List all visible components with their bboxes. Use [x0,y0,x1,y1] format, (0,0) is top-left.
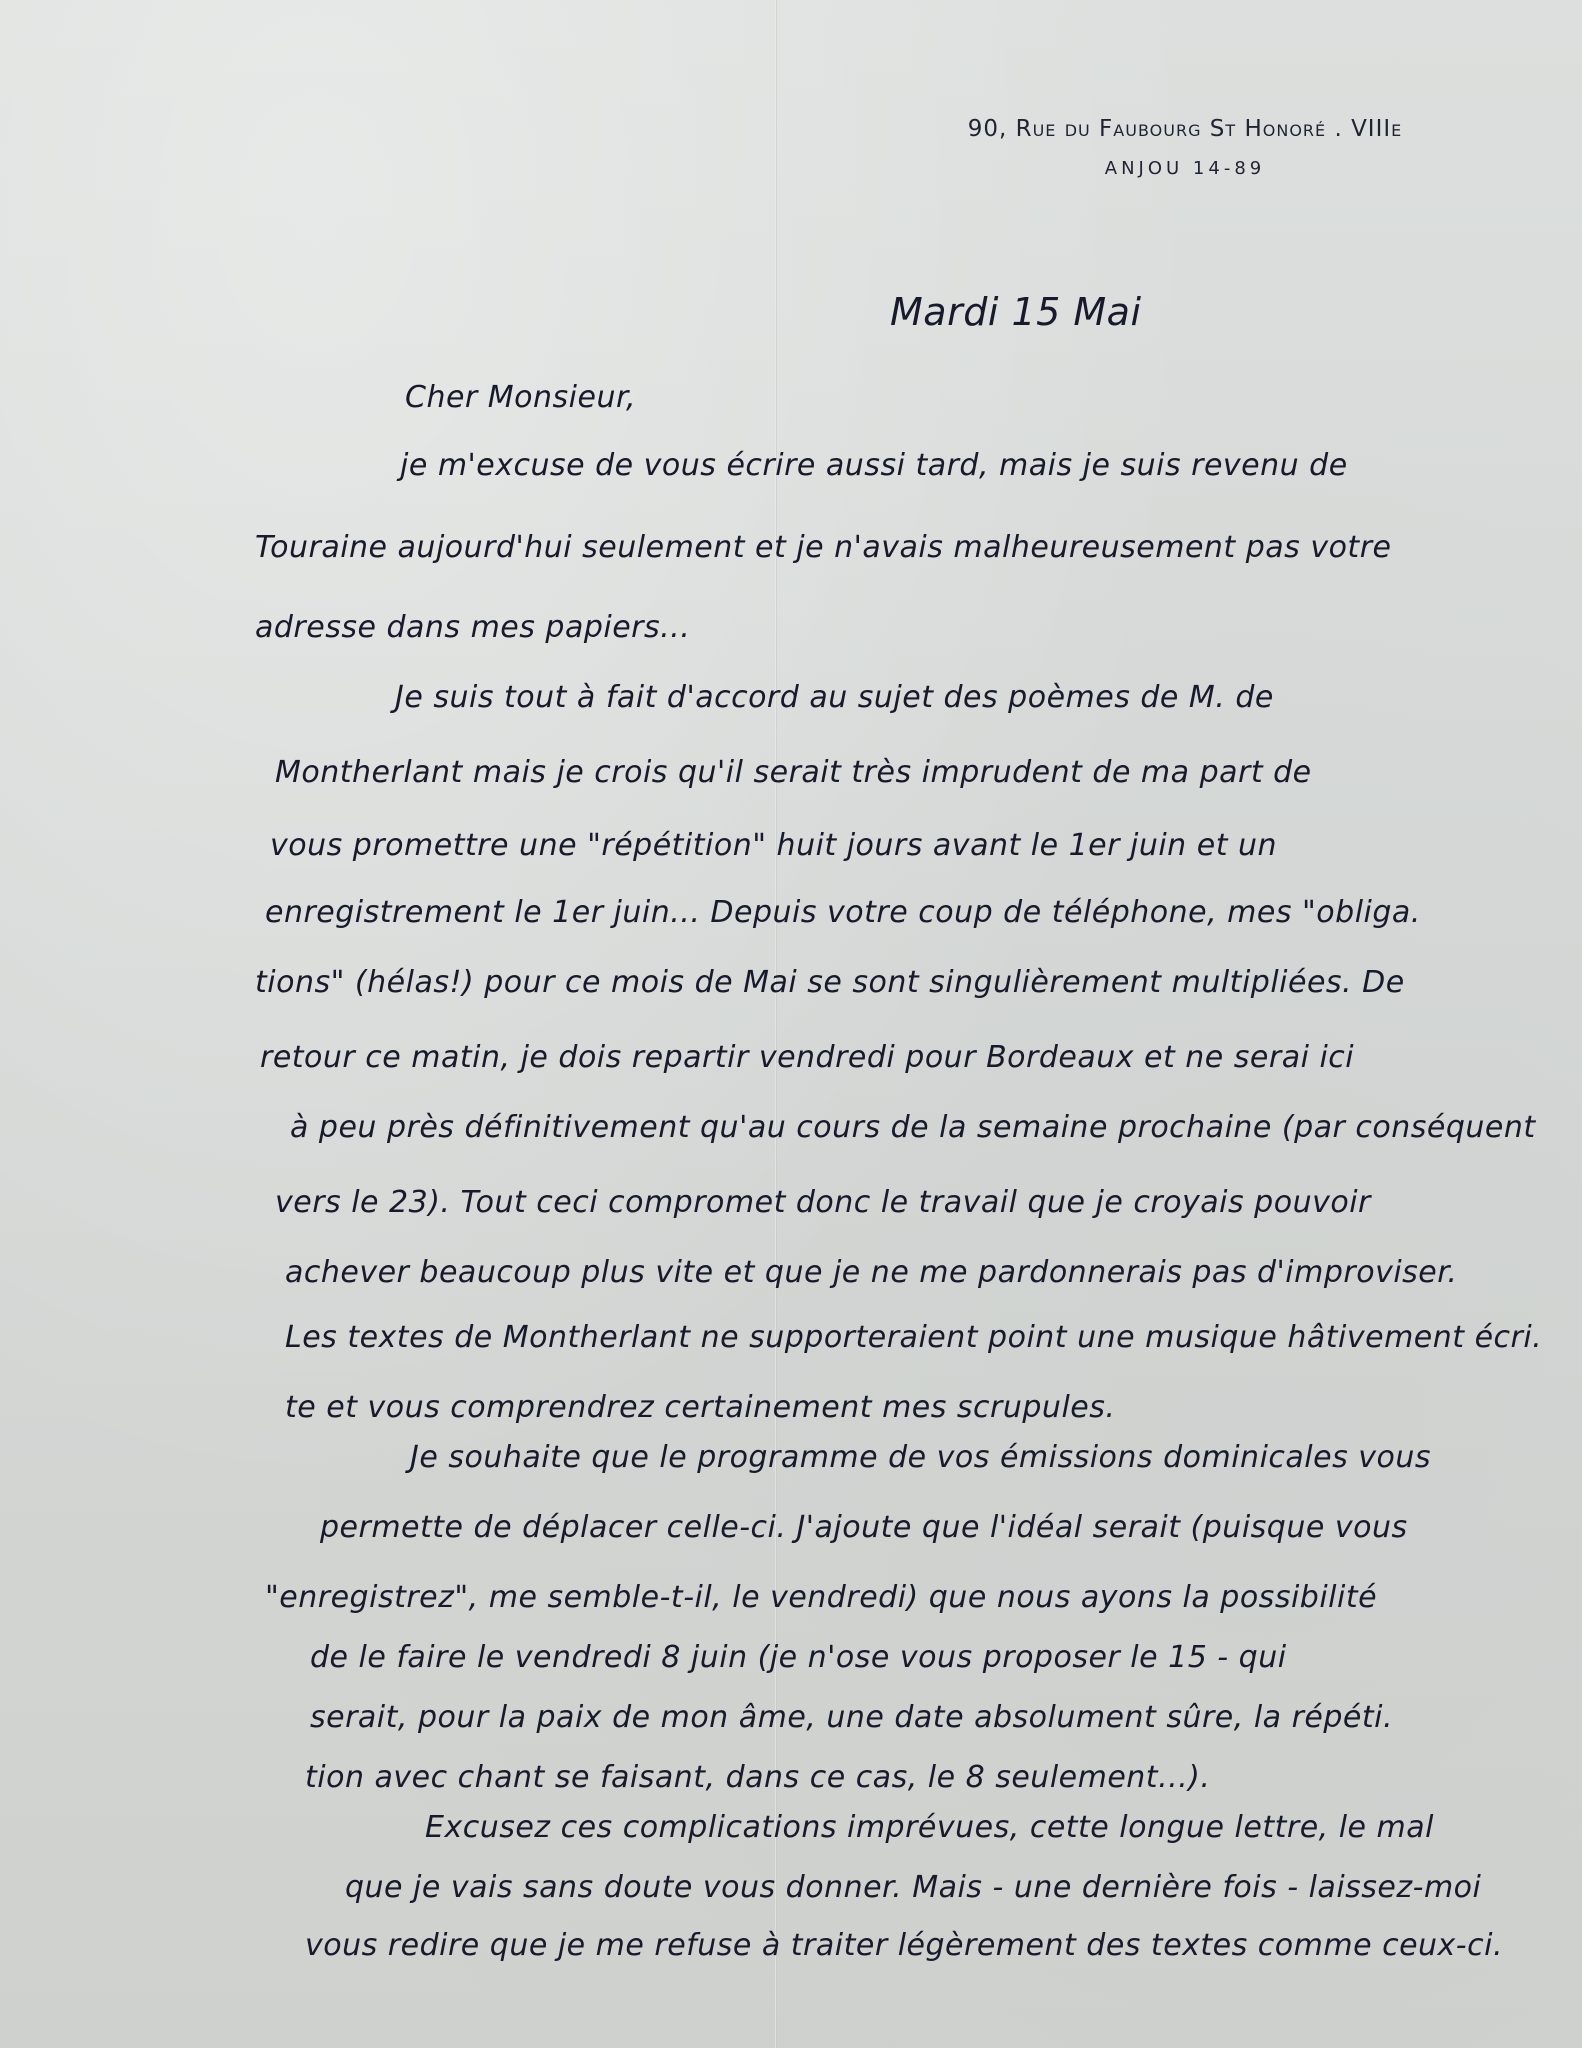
letterhead: 90, Rue du Faubourg St Honoré . VIIIe AN… [880,116,1490,179]
salutation: Cher Monsieur, [405,380,636,415]
letter-line: tions" (hélas!) pour ce mois de Mai se s… [255,965,1405,1000]
letter-line: serait, pour la paix de mon âme, une dat… [310,1700,1393,1735]
letter-line: à peu près définitivement qu'au cours de… [290,1110,1536,1145]
letter-line: Excusez ces complications imprévues, cet… [425,1810,1434,1845]
letter-line: vous redire que je me refuse à traiter l… [305,1928,1503,1963]
letter-line: retour ce matin, je dois repartir vendre… [260,1040,1354,1075]
letter-line: Je souhaite que le programme de vos émis… [410,1440,1431,1475]
letterhead-phone: ANJOU 14-89 [880,158,1490,179]
letter-page: 90, Rue du Faubourg St Honoré . VIIIe AN… [0,0,1582,2048]
letter-line: de le faire le vendredi 8 juin (je n'ose… [310,1640,1287,1675]
letter-date: Mardi 15 Mai [890,290,1142,334]
letterhead-address: 90, Rue du Faubourg St Honoré . VIIIe [880,116,1490,142]
letter-line: Montherlant mais je crois qu'il serait t… [275,755,1312,790]
letter-line: tion avec chant se faisant, dans ce cas,… [305,1760,1210,1795]
letter-line: Les textes de Montherlant ne supporterai… [285,1320,1542,1355]
letter-line: achever beaucoup plus vite et que je ne … [285,1255,1457,1290]
paper-fold-crease [775,0,777,2048]
letter-line: vous promettre une "répétition" huit jou… [270,828,1277,863]
letter-line: adresse dans mes papiers... [255,610,690,645]
letter-line: Touraine aujourd'hui seulement et je n'a… [255,530,1392,565]
letter-line: vers le 23). Tout ceci compromet donc le… [275,1185,1371,1220]
letter-line: permette de déplacer celle-ci. J'ajoute … [320,1510,1408,1545]
letter-line: Je suis tout à fait d'accord au sujet de… [395,680,1274,715]
letter-line: que je vais sans doute vous donner. Mais… [345,1870,1481,1905]
letter-line: "enregistrez", me semble-t-il, le vendre… [265,1580,1377,1615]
letter-line: te et vous comprendrez certainement mes … [285,1390,1115,1425]
letter-line: je m'excuse de vous écrire aussi tard, m… [400,448,1348,483]
letter-line: enregistrement le 1er juin... Depuis vot… [265,895,1421,930]
